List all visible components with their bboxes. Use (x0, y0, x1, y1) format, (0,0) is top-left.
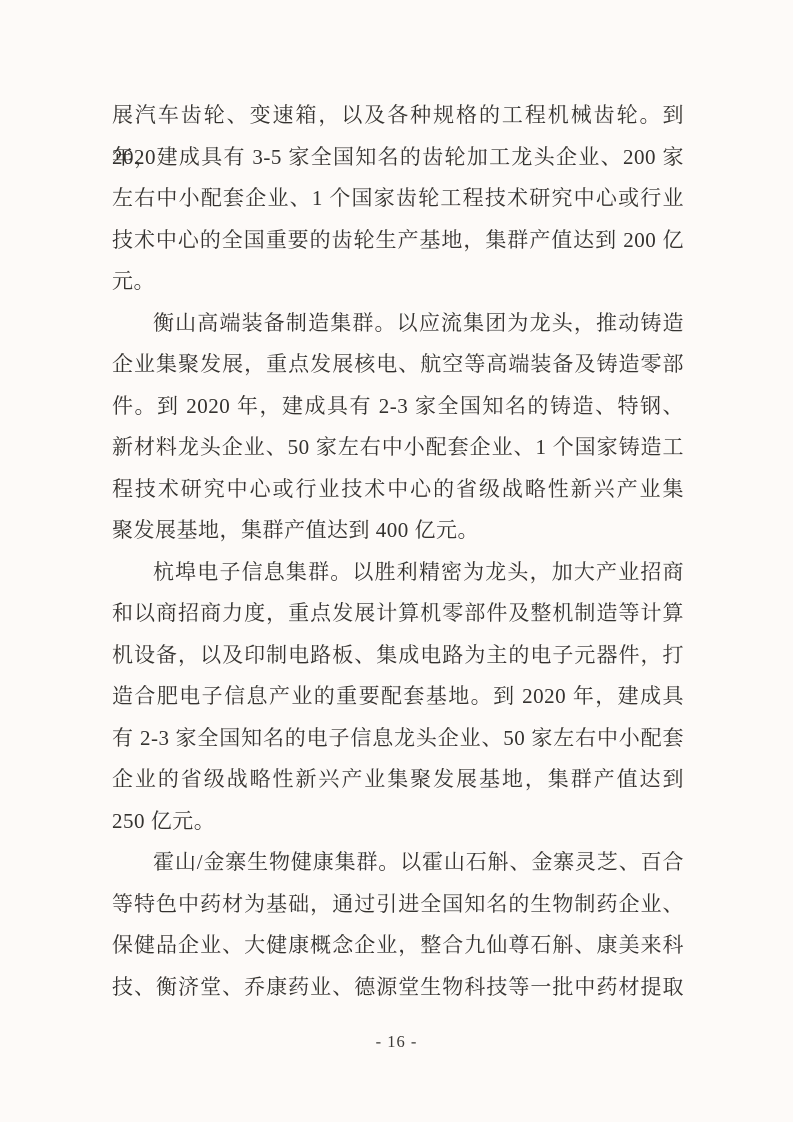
page-footer: - 16 - (0, 1030, 793, 1054)
text-line: 等特色中药材为基础，通过引进全国知名的生物制药企业、 (112, 884, 684, 926)
text-line: 有 2-3 家全国知名的电子信息龙头企业、50 家左右中小配套 (112, 718, 684, 760)
text-line: 企业集聚发展，重点发展核电、航空等高端装备及铸造零部 (112, 344, 684, 386)
text-line: 新材料龙头企业、50 家左右中小配套企业、1 个国家铸造工 (112, 427, 684, 469)
text-line: 件。到 2020 年，建成具有 2-3 家全国知名的铸造、特钢、 (112, 386, 684, 428)
text-line: 技术中心的全国重要的齿轮生产基地，集群产值达到 200 亿 (112, 220, 684, 262)
text-line: 展汽车齿轮、变速箱，以及各种规格的工程机械齿轮。到 2020 (112, 95, 684, 137)
text-block: 展汽车齿轮、变速箱，以及各种规格的工程机械齿轮。到 2020年，建成具有 3-5… (112, 95, 684, 1008)
text-line: 造合肥电子信息产业的重要配套基地。到 2020 年，建成具 (112, 676, 684, 718)
text-line: 250 亿元。 (112, 801, 684, 843)
paragraph-hangbu-electronics-cluster: 杭埠电子信息集群。以胜利精密为龙头，加大产业招商和以商招商力度，重点发展计算机零… (112, 552, 684, 843)
text-line: 程技术研究中心或行业技术中心的省级战略性新兴产业集 (112, 469, 684, 511)
text-line: 企业的省级战略性新兴产业集聚发展基地，集群产值达到 (112, 759, 684, 801)
text-line: 聚发展基地，集群产值达到 400 亿元。 (112, 510, 684, 552)
text-line: 年，建成具有 3-5 家全国知名的齿轮加工龙头企业、200 家 (112, 137, 684, 179)
text-line: 杭埠电子信息集群。以胜利精密为龙头，加大产业招商 (112, 552, 684, 594)
text-line: 元。 (112, 261, 684, 303)
page-number: - 16 - (376, 1032, 418, 1051)
paragraph-hengshan-equipment-cluster: 衡山高端装备制造集群。以应流集团为龙头，推动铸造企业集聚发展，重点发展核电、航空… (112, 303, 684, 552)
text-line: 保健品企业、大健康概念企业，整合九仙尊石斛、康美来科 (112, 925, 684, 967)
paragraph-gear-cluster-continued: 展汽车齿轮、变速箱，以及各种规格的工程机械齿轮。到 2020年，建成具有 3-5… (112, 95, 684, 303)
text-line: 和以商招商力度，重点发展计算机零部件及整机制造等计算 (112, 593, 684, 635)
paragraph-huoshan-jinzhai-bio-health-cluster: 霍山/金寨生物健康集群。以霍山石斛、金寨灵芝、百合等特色中药材为基础，通过引进全… (112, 842, 684, 1008)
text-line: 左右中小配套企业、1 个国家齿轮工程技术研究中心或行业 (112, 178, 684, 220)
text-line: 技、衡济堂、乔康药业、德源堂生物科技等一批中药材提取 (112, 967, 684, 1009)
text-line: 霍山/金寨生物健康集群。以霍山石斛、金寨灵芝、百合 (112, 842, 684, 884)
text-line: 机设备，以及印制电路板、集成电路为主的电子元器件，打 (112, 635, 684, 677)
text-line: 衡山高端装备制造集群。以应流集团为龙头，推动铸造 (112, 303, 684, 345)
document-page: 展汽车齿轮、变速箱，以及各种规格的工程机械齿轮。到 2020年，建成具有 3-5… (0, 0, 793, 1122)
